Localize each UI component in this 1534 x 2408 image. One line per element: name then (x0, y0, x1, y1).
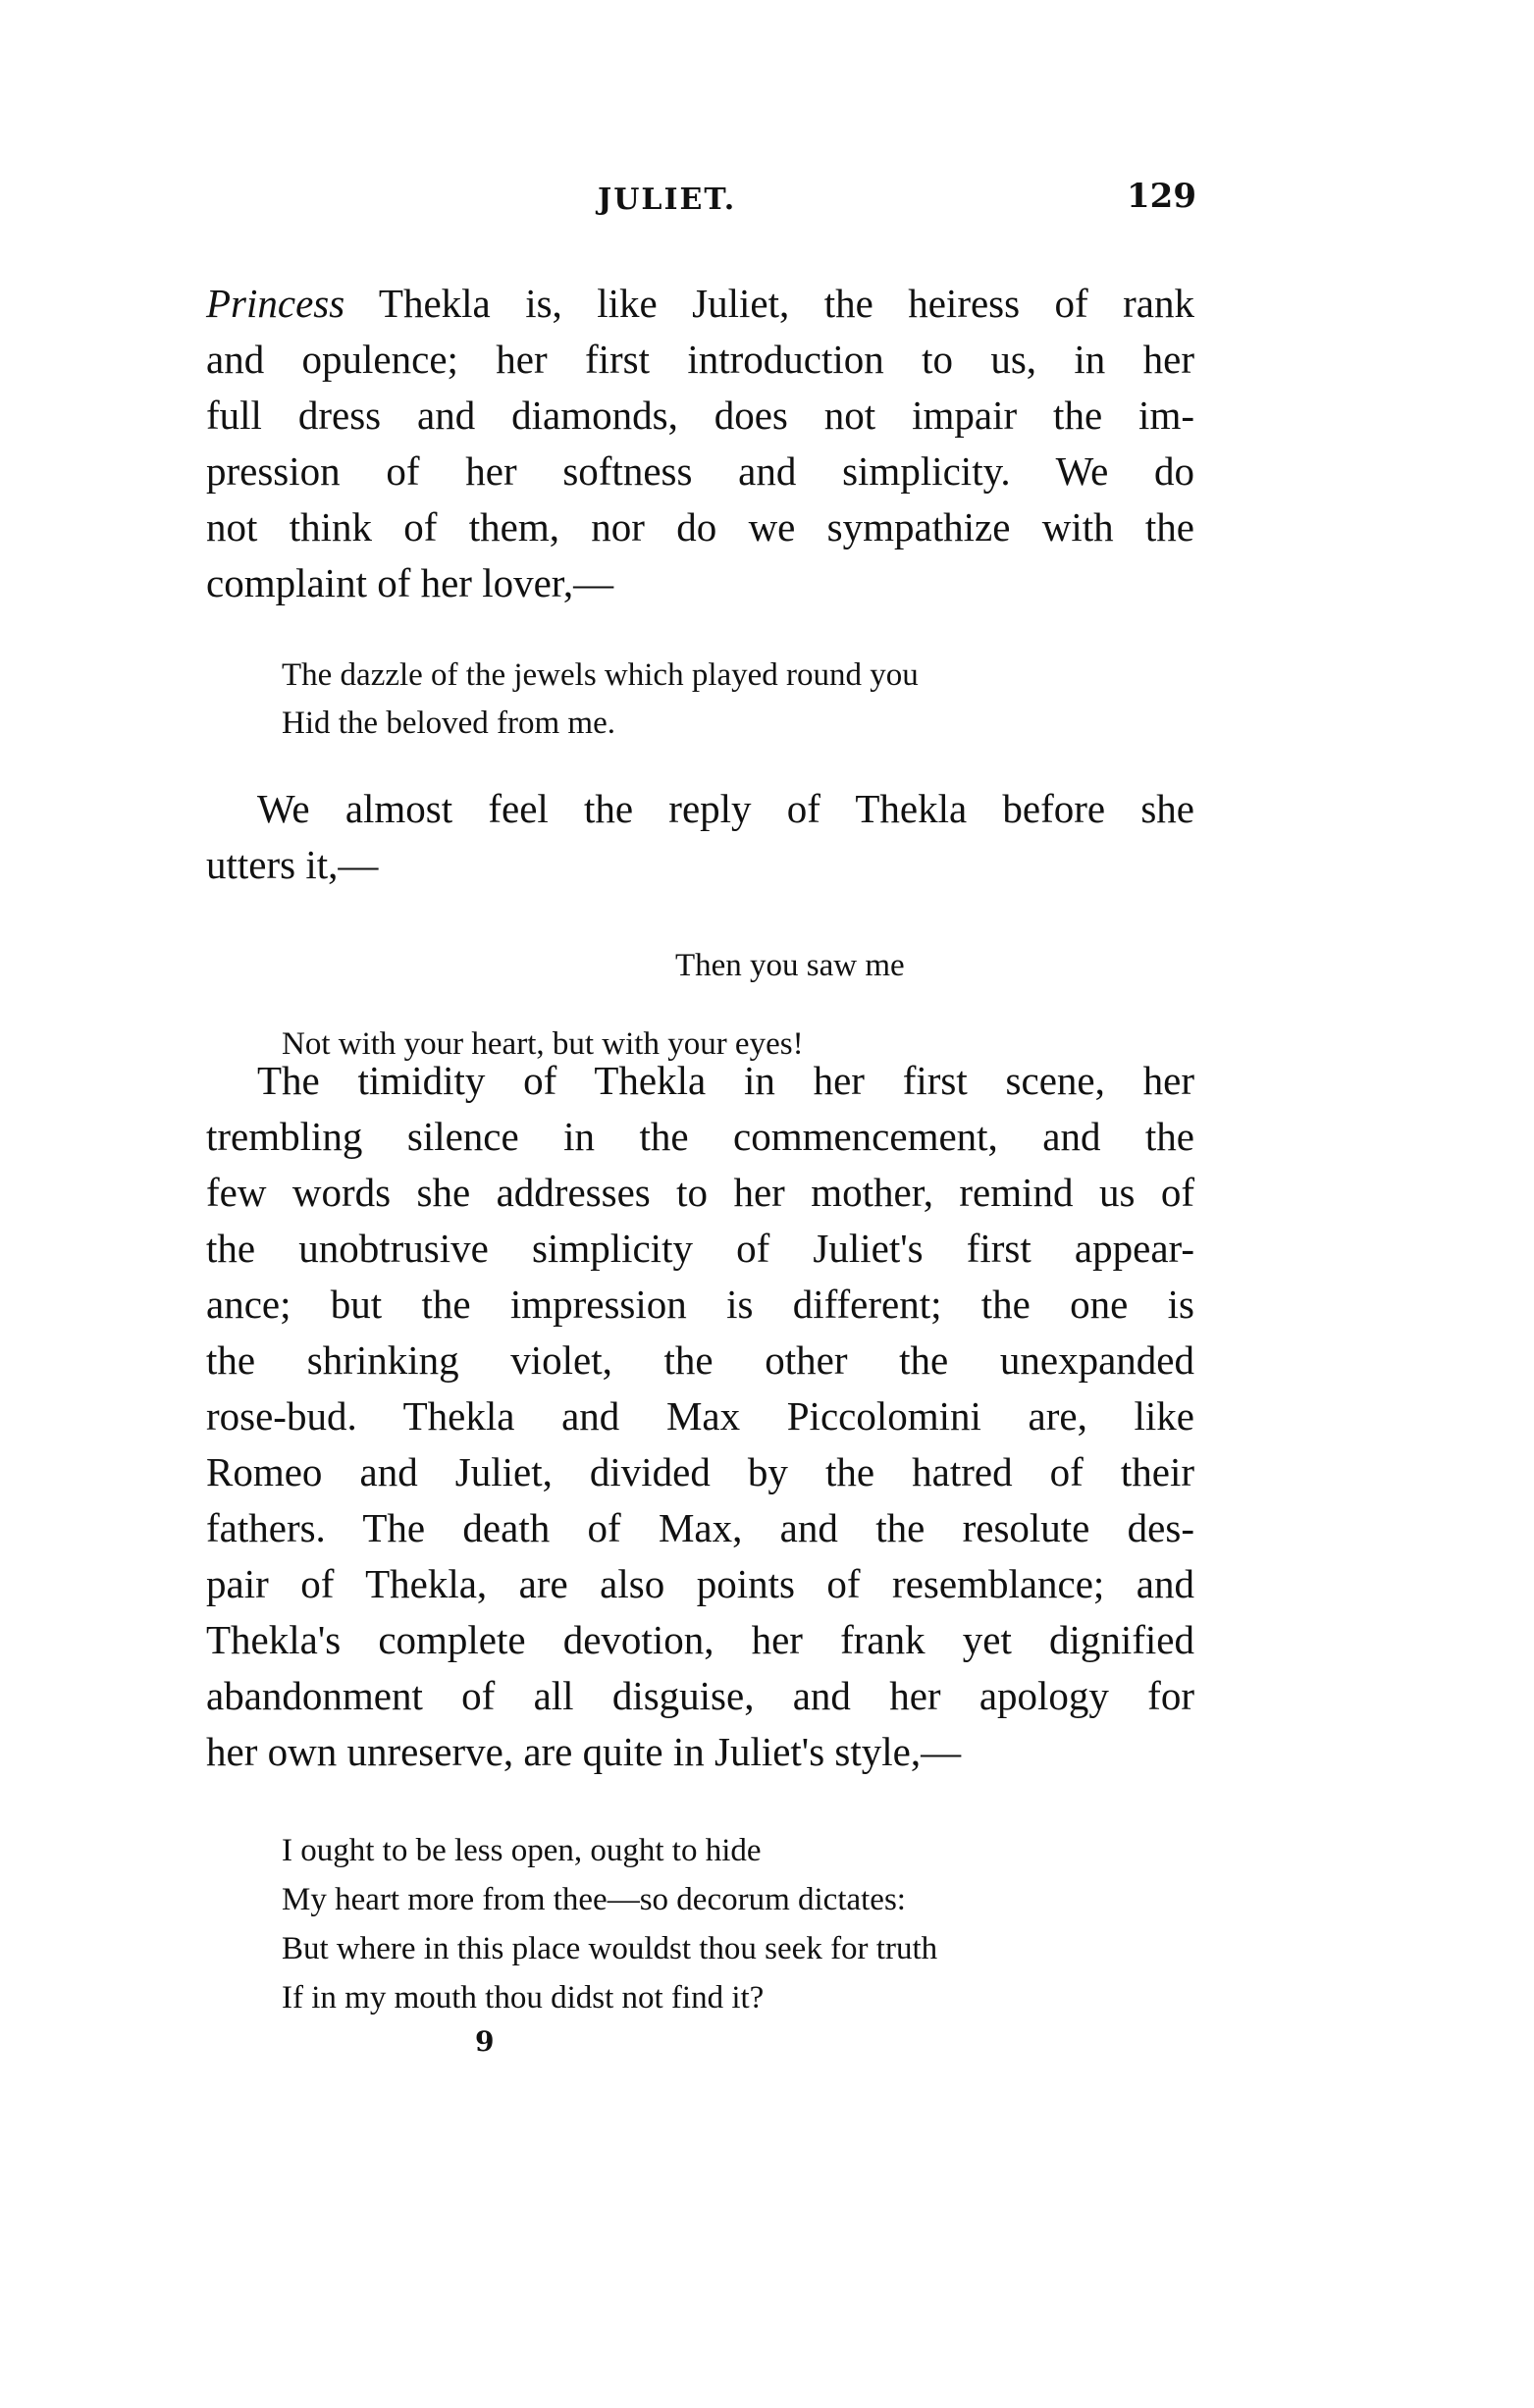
paragraph-2-line-1: We almost feel the reply of Thekla befor… (257, 781, 1194, 837)
paragraph-3-line-6: the shrinking violet, the other the unex… (206, 1333, 1194, 1388)
paragraph-1-line-3: full dress and diamonds, does not impair… (206, 388, 1194, 444)
paragraph-3-line-13: her own unreserve, are quite in Juliet's… (206, 1724, 1194, 1780)
quote-3-line-3: But where in this place wouldst thou see… (282, 1925, 937, 1972)
quote-3-line-2: My heart more from thee—so decorum dicta… (282, 1876, 906, 1923)
quote-2-line-1: Then you saw me (675, 942, 905, 989)
paragraph-3-line-1: The timidity of Thekla in her first scen… (257, 1053, 1194, 1109)
quote-3-line-4: If in my mouth thou didst not find it? (282, 1974, 764, 2021)
paragraph-3-line-11: Thekla's complete devotion, her frank ye… (206, 1612, 1194, 1668)
quote-1-line-2: Hid the beloved from me. (282, 700, 615, 747)
paragraph-3-line-2: trembling silence in the commencement, a… (206, 1109, 1194, 1165)
page-number: 129 (1127, 177, 1196, 216)
book-page: JULIET. 129 Princess Thekla is, like Jul… (0, 0, 1534, 2408)
paragraph-3-line-10: pair of Thekla, are also points of resem… (206, 1556, 1194, 1612)
paragraph-1-line-2: and opulence; her first introduction to … (206, 332, 1194, 388)
paragraph-3-line-5: ance; but the impression is different; t… (206, 1277, 1194, 1333)
paragraph-1-line-5: not think of them, nor do we sympathize … (206, 499, 1194, 555)
paragraph-1-line-4: pression of her softness and simplicity.… (206, 444, 1194, 499)
signature-mark: 9 (475, 2025, 494, 2058)
paragraph-3-line-9: fathers. The death of Max, and the resol… (206, 1500, 1194, 1556)
paragraph-3-line-3: few words she addresses to her mother, r… (206, 1165, 1194, 1221)
quote-3-line-1: I ought to be less open, ought to hide (282, 1827, 762, 1874)
paragraph-2-line-2: utters it,— (206, 837, 1194, 893)
paragraph-1-line-6: complaint of her lover,— (206, 555, 1194, 611)
paragraph-3-line-4: the unobtrusive simplicity of Juliet's f… (206, 1221, 1194, 1277)
quote-1-line-1: The dazzle of the jewels which played ro… (282, 652, 919, 699)
paragraph-3-line-8: Romeo and Juliet, divided by the hatred … (206, 1444, 1194, 1500)
paragraph-3-line-12: abandonment of all disguise, and her apo… (206, 1668, 1194, 1724)
paragraph-3-line-7: rose-bud. Thekla and Max Piccolomini are… (206, 1388, 1194, 1444)
line-text: Thekla is, like Juliet, the heiress of r… (344, 281, 1194, 326)
running-title: JULIET. (598, 183, 736, 217)
italic-lead: Princess (206, 281, 344, 326)
paragraph-1-line-1: Princess Thekla is, like Juliet, the hei… (206, 276, 1194, 332)
